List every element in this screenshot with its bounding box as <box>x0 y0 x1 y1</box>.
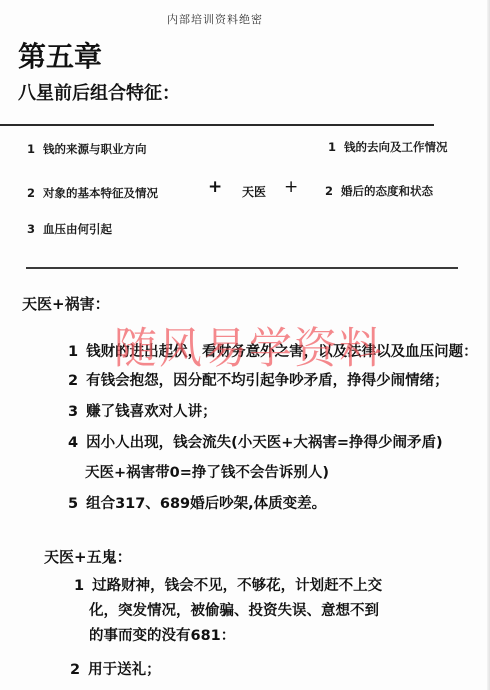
section2-item-1-line-2: 化，突发情况，被偷骗、投资失误、意想不到 <box>89 599 379 620</box>
section-heading-tianyi-wugui: 天医+五鬼： <box>44 546 132 567</box>
item-number: 1 <box>74 578 84 594</box>
feature-left-3: 3血压由何引起 <box>27 221 112 237</box>
item-text: 因小人出现，钱会流失(小天医+大祸害=挣得少闹矛盾) <box>86 435 443 451</box>
item-text: 赚了钱喜欢对人讲； <box>86 404 217 420</box>
confidential-header: 内部培训资料绝密 <box>167 11 263 27</box>
item-text: 钱财的进出起伏，看财务意外之害，以及法律以及血压问题： <box>86 344 478 360</box>
section2-item-2: 2用于送礼； <box>70 658 161 679</box>
feature-number: 2 <box>27 186 35 200</box>
section1-item-2: 2有钱会抱怨，因分配不均引起争吵矛盾，挣得少闹情绪； <box>68 369 449 390</box>
item-text: 过路财神，钱会不见，不够花，计划赶不上交 <box>92 578 382 594</box>
section1-item-4: 4因小人出现，钱会流失(小天医+大祸害=挣得少闹矛盾) <box>68 431 443 452</box>
item-text: 有钱会抱怨，因分配不均引起争吵矛盾，挣得少闹情绪； <box>86 373 449 389</box>
item-number: 3 <box>68 404 78 420</box>
section1-item-3: 3赚了钱喜欢对人讲； <box>68 400 217 421</box>
section1-item-4-continuation: 天医+祸害带0=挣了钱不会告诉别人) <box>85 461 329 482</box>
feature-left-1: 1钱的来源与职业方向 <box>27 141 147 157</box>
item-text: 用于送礼； <box>88 662 161 678</box>
section1-item-5: 5组合317、689婚后吵架,体质变差。 <box>68 492 326 513</box>
feature-number: 1 <box>27 142 35 156</box>
section2-item-1-line-1: 1过路财神，钱会不见，不够花，计划赶不上交 <box>74 574 382 595</box>
item-number: 2 <box>68 373 78 389</box>
item-text: 组合317、689婚后吵架,体质变差。 <box>86 496 326 512</box>
feature-number: 2 <box>325 184 333 198</box>
feature-text: 对象的基本特征及情况 <box>43 186 158 200</box>
plus-sign-left: + <box>208 177 222 197</box>
section-heading-tianyi-huohai: 天医+祸害： <box>22 293 110 314</box>
feature-right-2: 2婚后的态度和状态 <box>325 183 433 199</box>
section1-item-1: 1钱财的进出起伏，看财务意外之害，以及法律以及血压问题： <box>68 340 478 361</box>
item-number: 1 <box>68 344 78 360</box>
feature-right-1: 1钱的去向及工作情况 <box>328 139 448 155</box>
item-number: 5 <box>68 496 78 512</box>
item-number: 4 <box>68 435 78 451</box>
feature-text: 钱的去向及工作情况 <box>344 140 448 154</box>
plus-sign-right: + <box>284 177 298 197</box>
feature-text: 钱的来源与职业方向 <box>43 142 147 156</box>
feature-text: 婚后的态度和状态 <box>341 184 433 198</box>
center-star-label: 天医 <box>242 183 266 200</box>
feature-left-2: 2对象的基本特征及情况 <box>27 185 158 201</box>
feature-number: 3 <box>27 222 35 236</box>
section2-item-1-line-3: 的事而变的没有681： <box>89 624 235 645</box>
chapter-title: 第五章 <box>18 35 102 75</box>
chapter-subtitle: 八星前后组合特征： <box>18 79 180 105</box>
feature-text: 血压由何引起 <box>43 222 112 236</box>
feature-number: 1 <box>328 140 336 154</box>
item-number: 2 <box>70 662 80 678</box>
divider-bottom <box>26 267 458 269</box>
divider-top <box>0 124 434 126</box>
